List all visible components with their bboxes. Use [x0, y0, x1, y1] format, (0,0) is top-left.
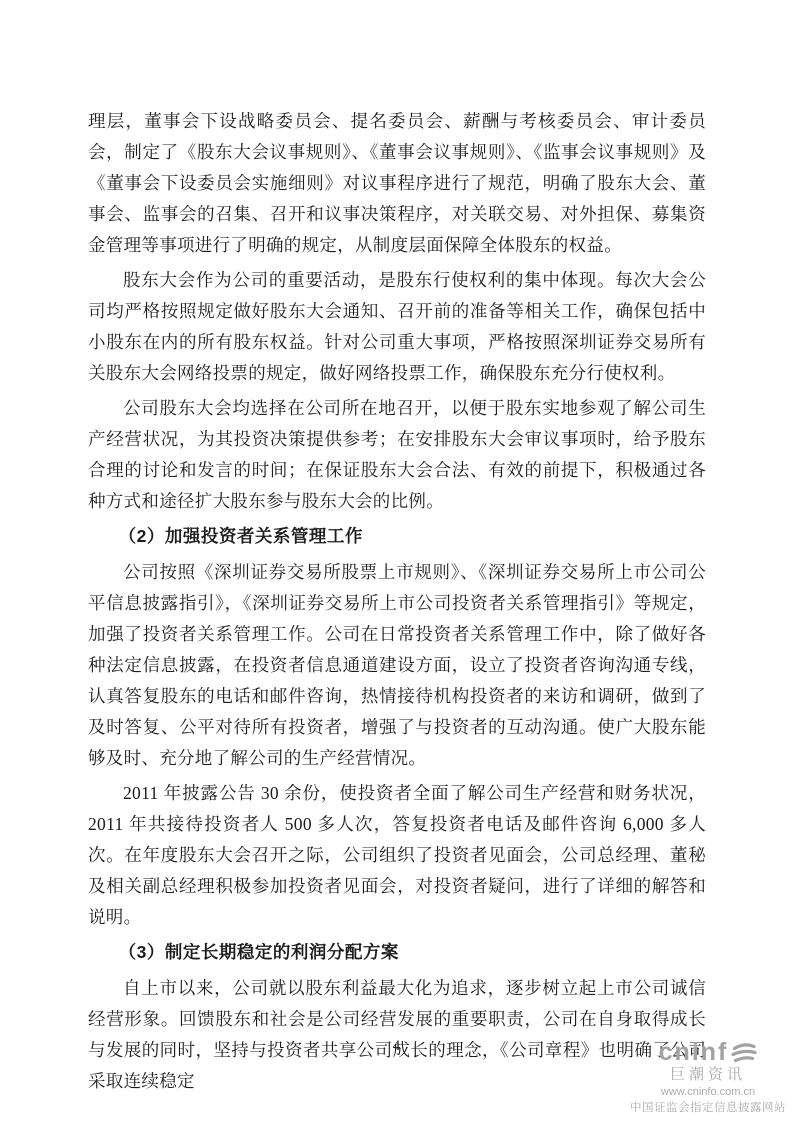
cninfo-watermark-logo: cninf 巨潮资讯 www.cninfo.com.cn 中国证监会指定信息披露… [630, 1040, 786, 1115]
body-paragraph-3: 公司股东大会均选择在公司所在地召开，以便于股东实地参观了解公司生产经营状况，为其… [88, 393, 706, 517]
document-page: 理层，董事会下设战略委员会、提名委员会、薪酬与考核委员会、审计委员会，制定了《股… [0, 0, 793, 1122]
body-paragraph-2: 股东大会作为公司的重要活动，是股东行使权利的集中体现。每次大会公司均严格按照规定… [88, 265, 706, 389]
section-heading-3: （3）制定长期稳定的利润分配方案 [88, 937, 706, 968]
cninfo-brand-chinese: 巨潮资讯 [670, 1066, 746, 1084]
body-paragraph-5: 2011 年披露公告 30 余份，使投资者全面了解公司生产经营和财务状况，201… [88, 778, 706, 933]
cninfo-url: www.cninfo.com.cn [661, 1086, 755, 1099]
cninfo-wordmark: cninf [659, 1040, 729, 1065]
cninfo-swoosh-icon [731, 1041, 757, 1065]
section-heading-2: （2）加强投资者关系管理工作 [88, 521, 706, 552]
document-body: 理层，董事会下设战略委员会、提名委员会、薪酬与考核委员会、审计委员会，制定了《股… [88, 106, 706, 1101]
cninfo-tagline: 中国证监会指定信息披露网站 [630, 1101, 786, 1115]
body-paragraph-6: 自上市以来，公司就以股东利益最大化为追求，逐步树立起上市公司诚信经营形象。回馈股… [88, 973, 706, 1097]
body-paragraph-1: 理层，董事会下设战略委员会、提名委员会、薪酬与考核委员会、审计委员会，制定了《股… [88, 106, 706, 261]
cninfo-brand-row: cninf [659, 1040, 758, 1065]
body-paragraph-4: 公司按照《深圳证券交易所股票上市规则》、《深圳证券交易所上市公司公平信息披露指引… [88, 557, 706, 774]
